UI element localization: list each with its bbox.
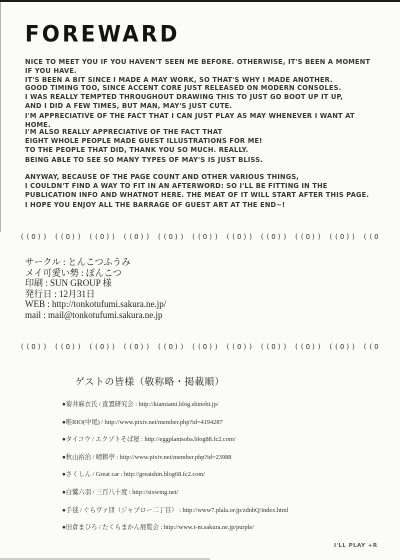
guest-list-item: ●唯RIO(中尾) / http://www.pixiv.net/member.… — [62, 414, 392, 432]
page-title: FOREWARD — [25, 21, 180, 46]
printer-line: 印刷 : SUN GROUP 様 — [25, 278, 166, 289]
scan-edge-top — [0, 0, 400, 2]
foreword-paragraph-3: I'M ALSO REALLY APPRECIATIVE OF THE FACT… — [25, 128, 380, 165]
guest-list: ●菊井麻衣氏 / 直置研究会 : http://kiamiami.blog.sh… — [62, 396, 392, 537]
anchor-divider-bottom: ((O)) ((O)) ((O)) ((O)) ((O)) ((O)) ((O)… — [20, 343, 380, 351]
foreword-paragraph-1: NICE TO MEET YOU IF YOU HAVEN'T SEEN ME … — [25, 58, 380, 86]
guest-list-item: ●秋山裕治 / 晴耕亭 : http://www.pixiv.net/membe… — [62, 449, 392, 467]
guest-list-item: ●手毬 / ぐらヴァ団（ジャブロー二丁目） : http://www7.plal… — [62, 502, 392, 520]
guest-list-item: ●さくしん / Great car : http://greatshin.blo… — [62, 466, 392, 484]
page-footer-note: I'LL PLAY +R — [334, 543, 377, 549]
mail-line: mail : mail@tonkotufumi.sakura.ne.jp — [25, 310, 166, 321]
guest-list-item: ●タイコウ / エクゾトそば屋 : http://eggplantsoba.bl… — [62, 431, 392, 449]
guest-list-item: ●白鷺六羽 / 三百八十度 : http://sixwing.net/ — [62, 484, 392, 502]
foreword-paragraph-4: ANYWAY, BECAUSE OF THE PAGE COUNT AND OT… — [25, 173, 380, 210]
publication-info: サークル : とんこつふうみ メイ可愛い勢 : ぽんこつ 印刷 : SUN GR… — [25, 257, 166, 321]
foreword-paragraph-2: GOOD TIMING TOO, SINCE ACCENT CORE JUST … — [25, 84, 380, 130]
anchor-divider-top: ((O)) ((O)) ((O)) ((O)) ((O)) ((O)) ((O)… — [20, 233, 380, 241]
scan-edge-left — [0, 2, 1, 232]
guest-list-heading: ゲストの皆様（敬称略・掲載順） — [75, 374, 225, 388]
guest-list-item: ●菊井麻衣氏 / 直置研究会 : http://kiamiami.blog.sh… — [62, 396, 392, 414]
circle-name-line: サークル : とんこつふうみ — [25, 257, 166, 268]
foreword-page: FOREWARD NICE TO MEET YOU IF YOU HAVEN'T… — [0, 0, 400, 560]
guest-list-item: ●田倉まひろ / たくらまかん展覧会 : http://www.t-m.saku… — [62, 519, 392, 537]
web-url-line: WEB : http://tonkotufumi.sakura.ne.jp/ — [25, 299, 166, 310]
publish-date-line: 発行日 : 12月31日 — [25, 289, 166, 300]
fan-name-line: メイ可愛い勢 : ぽんこつ — [25, 268, 166, 279]
